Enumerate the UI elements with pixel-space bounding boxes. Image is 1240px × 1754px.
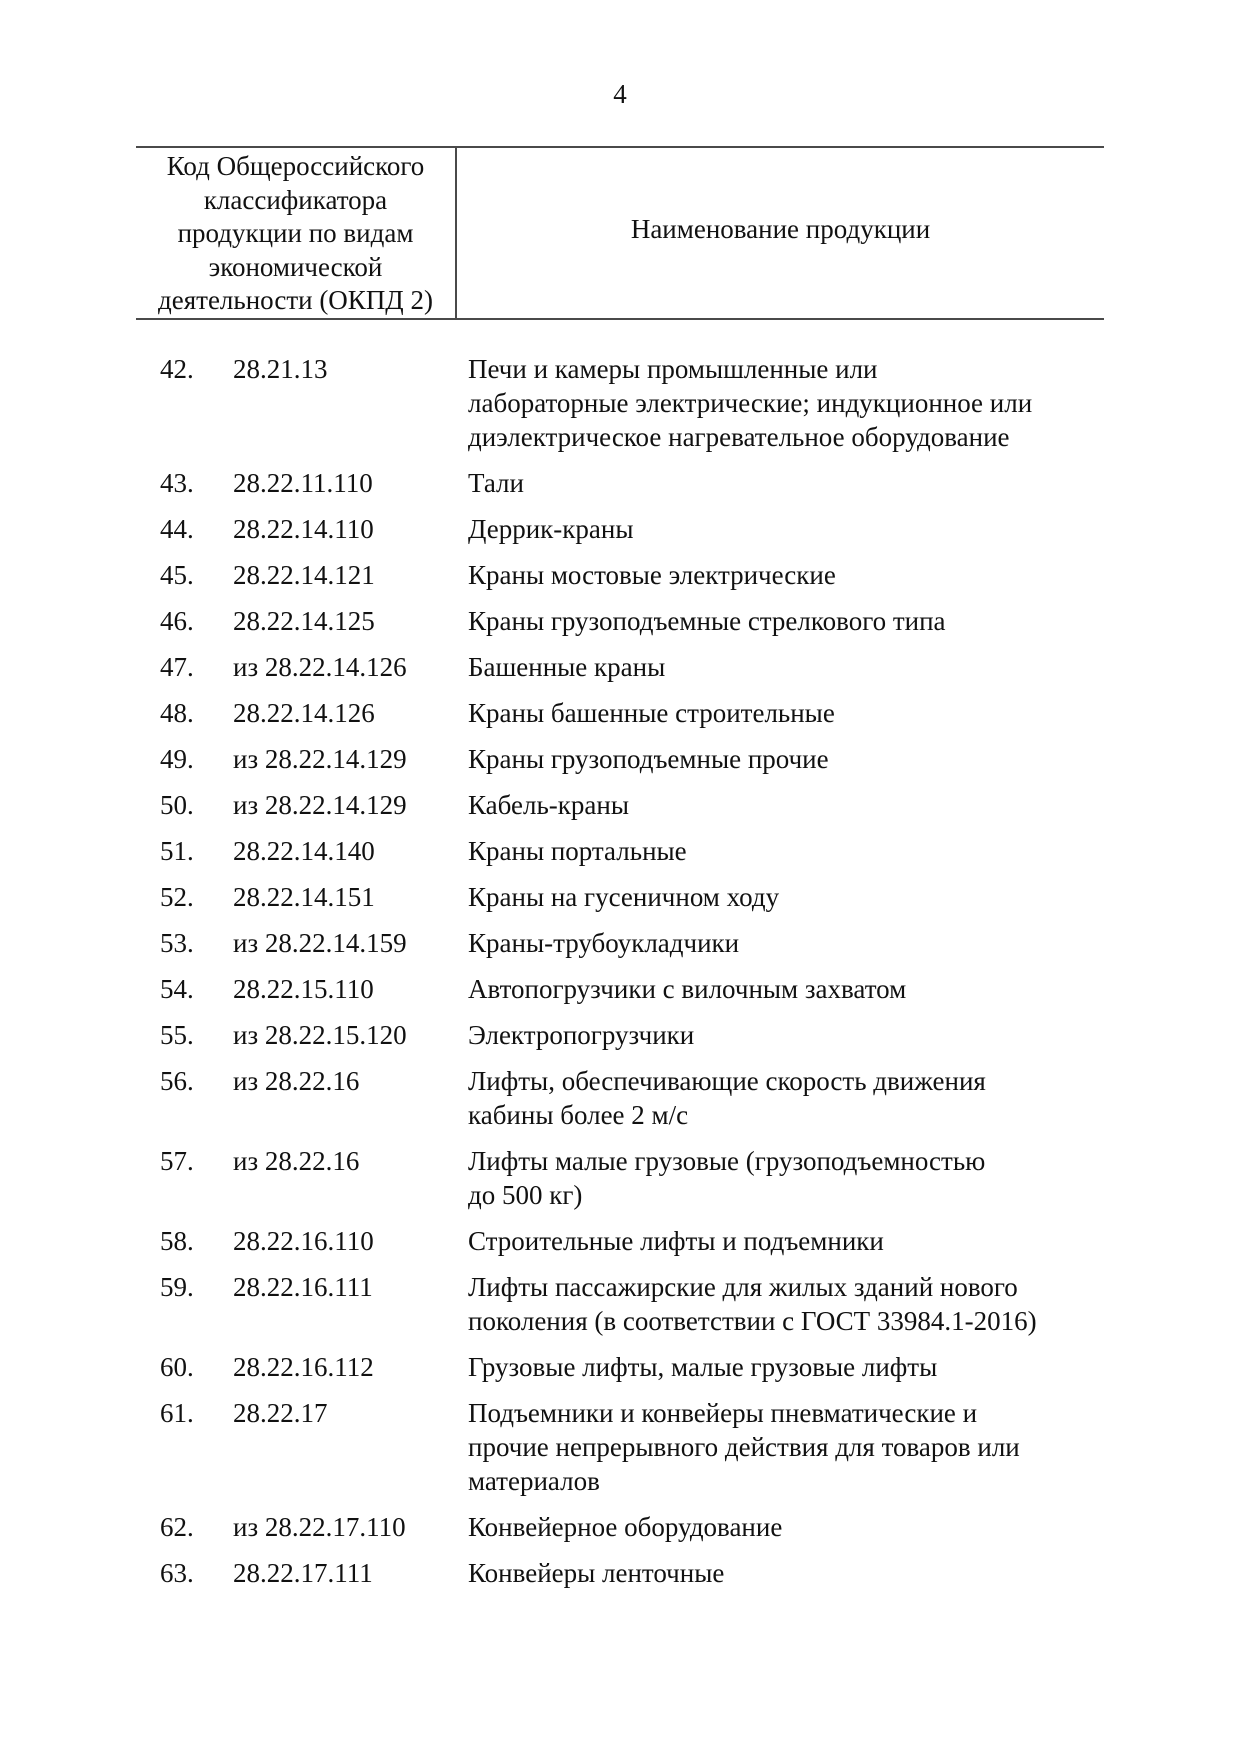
row-product-name: Краны на гусеничном ходу xyxy=(468,880,1108,914)
row-product-name: Краны башенные строительные xyxy=(468,696,1108,730)
row-number: 52. xyxy=(160,880,230,914)
row-product-name: Конвейеры ленточные xyxy=(468,1556,1108,1590)
row-okpd-code: 28.22.14.125 xyxy=(233,604,463,638)
row-okpd-code: 28.22.16.111 xyxy=(233,1270,463,1304)
row-number: 51. xyxy=(160,834,230,868)
row-okpd-code: 28.22.14.140 xyxy=(233,834,463,868)
row-product-name: Деррик-краны xyxy=(468,512,1108,546)
row-number: 42. xyxy=(160,352,230,386)
row-okpd-code: 28.22.11.110 xyxy=(233,466,463,500)
row-product-name: Краны грузоподъемные стрелкового типа xyxy=(468,604,1108,638)
table-body: 42.28.21.13Печи и камеры промышленные ил… xyxy=(0,352,1240,1602)
row-number: 61. xyxy=(160,1396,230,1430)
row-number: 63. xyxy=(160,1556,230,1590)
row-number: 55. xyxy=(160,1018,230,1052)
row-product-name: Краны мостовые электрические xyxy=(468,558,1108,592)
row-number: 60. xyxy=(160,1350,230,1384)
row-number: 48. xyxy=(160,696,230,730)
row-okpd-code: 28.22.15.110 xyxy=(233,972,463,1006)
table-row: 52.28.22.14.151Краны на гусеничном ходу xyxy=(0,880,1240,914)
row-okpd-code: 28.22.16.110 xyxy=(233,1224,463,1258)
table-row: 56.из 28.22.16Лифты, обеспечивающие скор… xyxy=(0,1064,1240,1132)
table-row: 48.28.22.14.126Краны башенные строительн… xyxy=(0,696,1240,730)
row-number: 56. xyxy=(160,1064,230,1098)
row-okpd-code: 28.22.17.111 xyxy=(233,1556,463,1590)
row-number: 59. xyxy=(160,1270,230,1304)
row-number: 45. xyxy=(160,558,230,592)
header-code-label: Код Общероссийского классификатора проду… xyxy=(158,151,433,315)
row-number: 53. xyxy=(160,926,230,960)
row-okpd-code: из 28.22.16 xyxy=(233,1064,463,1098)
table-row: 43.28.22.11.110Тали xyxy=(0,466,1240,500)
row-product-name: Электропогрузчики xyxy=(468,1018,1108,1052)
row-okpd-code: 28.22.14.151 xyxy=(233,880,463,914)
table-row: 45.28.22.14.121Краны мостовые электричес… xyxy=(0,558,1240,592)
header-name-column: Наименование продукции xyxy=(457,148,1104,318)
table-row: 62.из 28.22.17.110Конвейерное оборудован… xyxy=(0,1510,1240,1544)
header-code-column: Код Общероссийского классификатора проду… xyxy=(136,148,457,318)
row-product-name: Автопогрузчики с вилочным захватом xyxy=(468,972,1108,1006)
row-okpd-code: из 28.22.15.120 xyxy=(233,1018,463,1052)
row-product-name: Печи и камеры промышленные или лаборатор… xyxy=(468,352,1108,454)
table-row: 46.28.22.14.125Краны грузоподъемные стре… xyxy=(0,604,1240,638)
row-product-name: Башенные краны xyxy=(468,650,1108,684)
row-product-name: Краны-трубоукладчики xyxy=(468,926,1108,960)
row-okpd-code: из 28.22.14.129 xyxy=(233,788,463,822)
row-okpd-code: из 28.22.17.110 xyxy=(233,1510,463,1544)
row-number: 49. xyxy=(160,742,230,776)
row-number: 62. xyxy=(160,1510,230,1544)
table-row: 44.28.22.14.110Деррик-краны xyxy=(0,512,1240,546)
row-product-name: Подъемники и конвейеры пневматические и … xyxy=(468,1396,1108,1498)
row-product-name: Конвейерное оборудование xyxy=(468,1510,1108,1544)
row-number: 57. xyxy=(160,1144,230,1178)
row-okpd-code: из 28.22.14.159 xyxy=(233,926,463,960)
row-number: 47. xyxy=(160,650,230,684)
table-row: 60.28.22.16.112Грузовые лифты, малые гру… xyxy=(0,1350,1240,1384)
table-row: 51.28.22.14.140Краны портальные xyxy=(0,834,1240,868)
row-number: 58. xyxy=(160,1224,230,1258)
table-row: 63.28.22.17.111Конвейеры ленточные xyxy=(0,1556,1240,1590)
table-row: 57.из 28.22.16Лифты малые грузовые (груз… xyxy=(0,1144,1240,1212)
row-number: 50. xyxy=(160,788,230,822)
table-row: 53.из 28.22.14.159Краны-трубоукладчики xyxy=(0,926,1240,960)
row-okpd-code: из 28.22.14.129 xyxy=(233,742,463,776)
table-row: 47.из 28.22.14.126Башенные краны xyxy=(0,650,1240,684)
table-row: 58.28.22.16.110Строительные лифты и подъ… xyxy=(0,1224,1240,1258)
row-product-name: Краны портальные xyxy=(468,834,1108,868)
table-row: 55.из 28.22.15.120Электропогрузчики xyxy=(0,1018,1240,1052)
row-product-name: Строительные лифты и подъемники xyxy=(468,1224,1108,1258)
row-product-name: Краны грузоподъемные прочие xyxy=(468,742,1108,776)
table-row: 61.28.22.17Подъемники и конвейеры пневма… xyxy=(0,1396,1240,1498)
table-row: 59.28.22.16.111Лифты пассажирские для жи… xyxy=(0,1270,1240,1338)
row-product-name: Грузовые лифты, малые грузовые лифты xyxy=(468,1350,1108,1384)
row-number: 46. xyxy=(160,604,230,638)
row-okpd-code: 28.22.14.110 xyxy=(233,512,463,546)
row-okpd-code: 28.21.13 xyxy=(233,352,463,386)
row-number: 54. xyxy=(160,972,230,1006)
page-number: 4 xyxy=(0,78,1240,110)
row-product-name: Лифты, обеспечивающие скорость движения … xyxy=(468,1064,1108,1132)
table-row: 54.28.22.15.110Автопогрузчики с вилочным… xyxy=(0,972,1240,1006)
table-row: 49.из 28.22.14.129Краны грузоподъемные п… xyxy=(0,742,1240,776)
row-okpd-code: 28.22.14.121 xyxy=(233,558,463,592)
row-okpd-code: 28.22.17 xyxy=(233,1396,463,1430)
row-okpd-code: из 28.22.14.126 xyxy=(233,650,463,684)
table-row: 42.28.21.13Печи и камеры промышленные ил… xyxy=(0,352,1240,454)
row-product-name: Тали xyxy=(468,466,1108,500)
row-number: 44. xyxy=(160,512,230,546)
row-okpd-code: из 28.22.16 xyxy=(233,1144,463,1178)
table-row: 50.из 28.22.14.129Кабель-краны xyxy=(0,788,1240,822)
row-product-name: Лифты пассажирские для жилых зданий ново… xyxy=(468,1270,1108,1338)
row-product-name: Лифты малые грузовые (грузоподъемностью … xyxy=(468,1144,1108,1212)
row-product-name: Кабель-краны xyxy=(468,788,1108,822)
row-okpd-code: 28.22.16.112 xyxy=(233,1350,463,1384)
table-header: Код Общероссийского классификатора проду… xyxy=(136,146,1104,320)
header-name-label: Наименование продукции xyxy=(631,214,930,245)
row-number: 43. xyxy=(160,466,230,500)
row-okpd-code: 28.22.14.126 xyxy=(233,696,463,730)
